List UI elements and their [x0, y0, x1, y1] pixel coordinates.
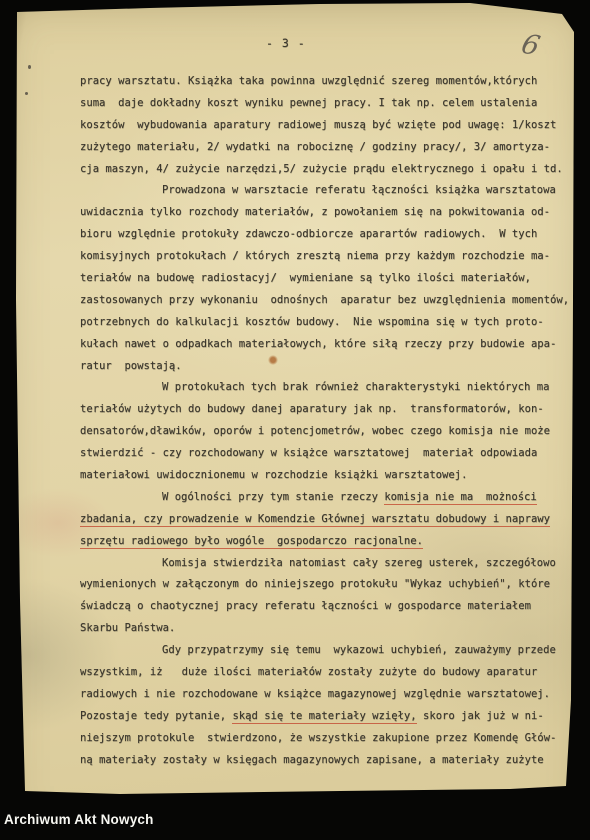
typewritten-text: W protokułach tych brak również charakte…	[162, 381, 549, 393]
typewritten-text: Komisja stwierdziła natomiast cały szere…	[162, 557, 556, 569]
typewritten-text: suma daje dokładny koszt wyniku pewnej p…	[80, 97, 537, 109]
typewritten-line: zużytego materiału, 2/ wydatki na roboci…	[80, 137, 580, 159]
typewritten-text: uwidacznia tylko rozchody materiałów, z …	[80, 206, 550, 218]
typewritten-line: teriałów użytych do budowy danej aparatu…	[80, 399, 580, 421]
typewritten-line: W ogólności przy tym stanie rzeczy komis…	[80, 487, 580, 509]
typewritten-line: Prowadzona w warsztacie referatu łącznoś…	[80, 180, 580, 202]
document-page: - 3 - 6 pracy warsztatu. Książka taka po…	[0, 0, 590, 840]
typewritten-text: kułach nawet o odpadkach materiałowych, …	[80, 338, 556, 350]
typewritten-text: niejszym protokule stwierdzono, że wszys…	[80, 732, 556, 744]
typewritten-line: Skarbu Państwa.	[80, 618, 580, 640]
typewritten-text: wymienionych w załączonym do niniejszego…	[80, 578, 550, 590]
paper-speck	[28, 65, 31, 69]
typewritten-text: radiowych i nie rozchodowane w książce m…	[80, 688, 550, 700]
typewritten-text: komisyjnych protokułach / których zreszt…	[80, 250, 550, 262]
typewritten-line: ratur powstają.	[80, 356, 580, 378]
typewritten-text: teriałów na budowę radiostacyj/ wymienia…	[80, 272, 531, 284]
typewritten-text: materiałowi uwidocznionemu w rozchodzie …	[80, 469, 467, 481]
typewritten-text: zastosowanych przy wykonaniu odnośnych a…	[80, 294, 569, 306]
typewritten-text: ratur powstają.	[80, 360, 182, 372]
typewritten-line: potrzebnych do kalkulacji kosztów budowy…	[80, 312, 580, 334]
typed-page-number: - 3 -	[266, 36, 306, 50]
typewritten-line: komisyjnych protokułach / których zreszt…	[80, 246, 580, 268]
typewritten-line: pracy warsztatu. Książka taka powinna uw…	[80, 71, 580, 93]
red-underlined-text: zbadania, czy prowadzenie w Komendzie Gł…	[80, 513, 550, 528]
typewritten-text: teriałów użytych do budowy danej aparatu…	[80, 403, 544, 415]
typewritten-text: cja maszyn, 4/ zużycie narzędzi,5/ zużyc…	[80, 163, 563, 175]
typewritten-text: stwierdzić - czy rozchodowany w książce …	[80, 447, 537, 459]
typewritten-text: Skarbu Państwa.	[80, 622, 175, 634]
typewritten-line: radiowych i nie rozchodowane w książce m…	[80, 684, 580, 706]
archive-watermark: Archiwum Akt Nowych	[4, 812, 154, 827]
typewritten-text: zużytego materiału, 2/ wydatki na roboci…	[80, 141, 550, 153]
typewritten-line: stwierdzić - czy rozchodowany w książce …	[80, 443, 580, 465]
red-underlined-text: komisja nie ma możności	[384, 491, 536, 506]
typewritten-line: zbadania, czy prowadzenie w Komendzie Gł…	[80, 509, 580, 531]
typewritten-line: zastosowanych przy wykonaniu odnośnych a…	[80, 290, 580, 312]
typewritten-text: densatorów,dławików, oporów i potencjome…	[80, 425, 550, 437]
red-underlined-text: sprzętu radiowego było wogóle gospodarcz…	[80, 535, 423, 550]
typewritten-text: W ogólności przy tym stanie rzeczy	[162, 491, 384, 503]
typewritten-line: teriałów na budowę radiostacyj/ wymienia…	[80, 268, 580, 290]
typewritten-text: Prowadzona w warsztacie referatu łącznoś…	[162, 184, 556, 196]
paper-speck	[25, 92, 28, 95]
typewritten-line: densatorów,dławików, oporów i potencjome…	[80, 421, 580, 443]
typewritten-line: wszystkim, iż duże ilości materiałów zos…	[80, 662, 580, 684]
typewritten-text: skoro jak już w ni-	[417, 710, 544, 722]
handwritten-page-number: 6	[518, 29, 543, 62]
typewritten-line: uwidacznia tylko rozchody materiałów, z …	[80, 202, 580, 224]
typewritten-line: kosztów wybudowania aparatury radiowej m…	[80, 115, 580, 137]
typewritten-line: świadczą o chaotycznej pracy referatu łą…	[80, 596, 580, 618]
red-underlined-text: skąd się te materiały wzięły,	[232, 710, 416, 725]
typewritten-line: Gdy przypatrzymy się temu wykazowi uchyb…	[80, 640, 580, 662]
typewritten-text: Pozostaje tedy pytanie,	[80, 710, 232, 722]
typewritten-line: bioru względnie protokuły zdawczo-odbior…	[80, 224, 580, 246]
typewritten-text: świadczą o chaotycznej pracy referatu łą…	[80, 600, 531, 612]
typewritten-line: suma daje dokładny koszt wyniku pewnej p…	[80, 93, 580, 115]
typewritten-line: niejszym protokule stwierdzono, że wszys…	[80, 728, 580, 750]
typewritten-text: kosztów wybudowania aparatury radiowej m…	[80, 119, 556, 131]
typewritten-text: Gdy przypatrzymy się temu wykazowi uchyb…	[162, 644, 556, 656]
typewritten-text: bioru względnie protokuły zdawczo-odbior…	[80, 228, 537, 240]
typewritten-text: ną materiały zostały w księgach magazyno…	[80, 754, 544, 766]
typewritten-line: kułach nawet o odpadkach materiałowych, …	[80, 334, 580, 356]
typewritten-text: wszystkim, iż duże ilości materiałów zos…	[80, 666, 537, 678]
typewritten-line: wymienionych w załączonym do niniejszego…	[80, 574, 580, 596]
typewritten-text: potrzebnych do kalkulacji kosztów budowy…	[80, 316, 544, 328]
typewritten-line: Pozostaje tedy pytanie, skąd się te mate…	[80, 706, 580, 728]
typewritten-line: sprzętu radiowego było wogóle gospodarcz…	[80, 531, 580, 553]
typewritten-line: materiałowi uwidocznionemu w rozchodzie …	[80, 465, 580, 487]
typewritten-line: Komisja stwierdziła natomiast cały szere…	[80, 553, 580, 575]
typewritten-line: cja maszyn, 4/ zużycie narzędzi,5/ zużyc…	[80, 159, 580, 181]
typewritten-line: W protokułach tych brak również charakte…	[80, 377, 580, 399]
typewritten-text: pracy warsztatu. Książka taka powinna uw…	[80, 75, 537, 87]
typed-lines: pracy warsztatu. Książka taka powinna uw…	[80, 71, 580, 772]
typewritten-line: ną materiały zostały w księgach magazyno…	[80, 750, 580, 772]
